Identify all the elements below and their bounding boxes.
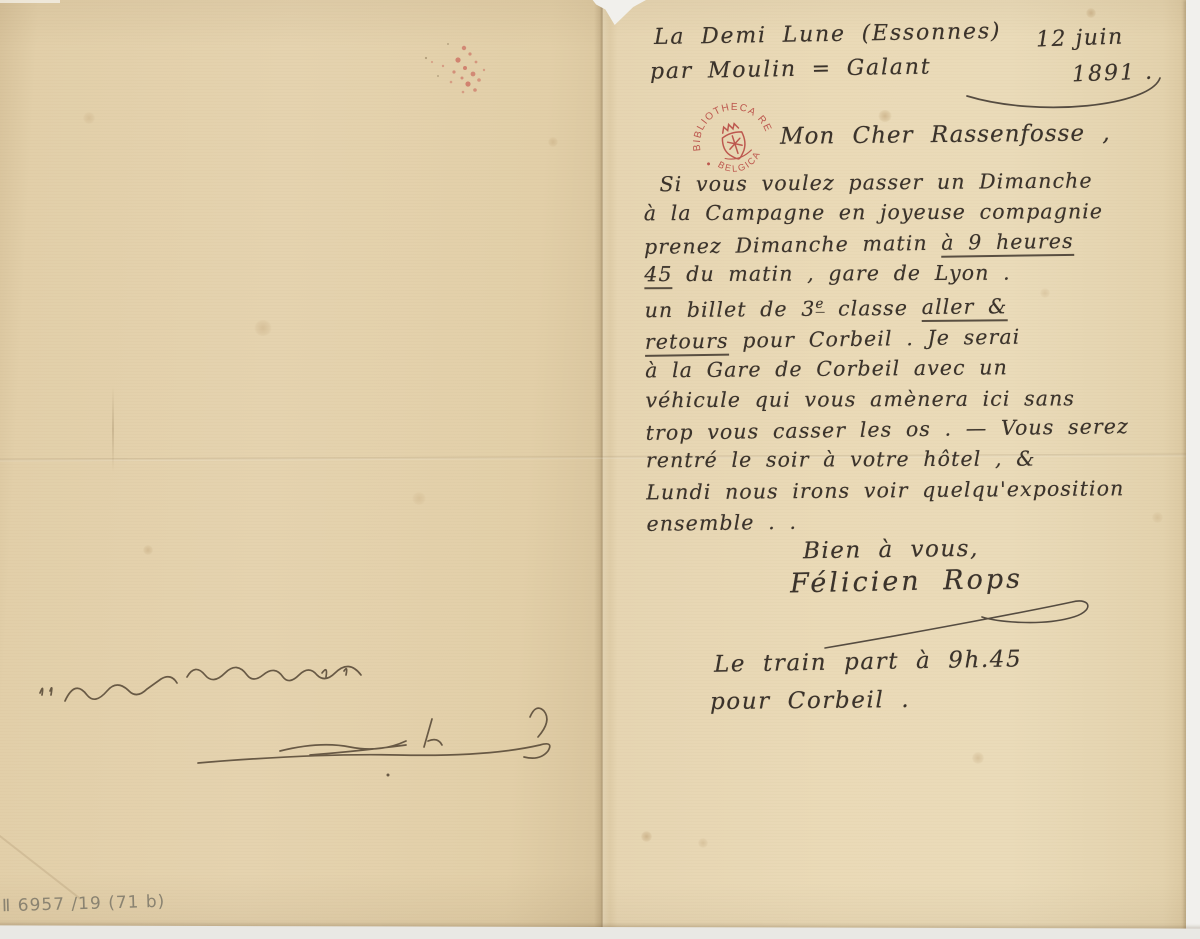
left-page-crease <box>112 386 114 472</box>
letter-body-line: Si vous voulez passer un Dimanche <box>643 165 1195 200</box>
letter-body-line: ensemble . . <box>646 501 1198 539</box>
center-fold-crease <box>594 0 610 939</box>
heading-date-line1: 12 juin <box>1036 24 1125 52</box>
body-text-segment: e <box>815 296 824 312</box>
letter-salutation: Mon Cher Rassenfosse , <box>780 120 1111 149</box>
scanner-edge-bottom <box>0 925 1200 939</box>
body-text-segment: Si vous voulez passer un Dimanche <box>659 168 1092 196</box>
letter-signature: Félicien Rops <box>790 564 1024 600</box>
body-text-segment: du matin , gare de Lyon . <box>673 261 1011 286</box>
underlined-phrase: 45 <box>644 262 672 289</box>
body-text-segment: pour Corbeil . Je serai <box>728 324 1020 352</box>
letter-body: Si vous voulez passer un Dimancheà la Ca… <box>643 165 1198 539</box>
body-text-segment: Lundi nous irons voir quelqu'exposition <box>646 476 1124 504</box>
body-text-segment: prenez Dimanche matin <box>644 231 942 259</box>
underlined-phrase: aller & <box>922 295 1008 323</box>
body-text-segment: véhicule qui vous amènera ici sans <box>645 386 1075 412</box>
body-text-segment: ensemble . . <box>646 510 797 536</box>
scanned-letter-spread: BIBLIOTHECA REGIA BELGICA La Demi Lune (… <box>0 0 1200 939</box>
body-text-segment: trop vous casser les os . — Vous serez <box>646 414 1130 445</box>
postscript-line1: Le train part à 9h.45 <box>714 646 1023 677</box>
underlined-phrase: retours <box>645 329 729 357</box>
letter-body-line: à la Gare de Corbeil avec un <box>645 351 1197 386</box>
letter-body-line: rentré le soir à votre hôtel , & <box>646 443 1198 476</box>
body-text-segment: classe <box>824 295 921 320</box>
body-text-segment: à la Gare de Corbeil avec un <box>645 356 1008 383</box>
postscript-line2: pour Corbeil . <box>710 687 910 715</box>
underlined-phrase: à 9 heures <box>941 229 1074 258</box>
body-text-segment: rentré le soir à votre hôtel , & <box>646 447 1036 473</box>
scanner-edge-topleft <box>0 0 60 3</box>
heading-place-line2: par Moulin = Galant <box>650 55 932 85</box>
letter-closing: Bien à vous, <box>803 536 979 564</box>
letter-body-line: à la Campagne en joyeuse compagnie <box>644 196 1196 229</box>
body-text-segment: à la Campagne en joyeuse compagnie <box>644 200 1103 226</box>
letter-body-line: 45 du matin , gare de Lyon . <box>644 257 1196 290</box>
left-page-blank <box>0 0 600 939</box>
body-text-segment: un billet de 3 <box>645 296 816 321</box>
heading-date-line2: 1891 . <box>1072 60 1155 88</box>
